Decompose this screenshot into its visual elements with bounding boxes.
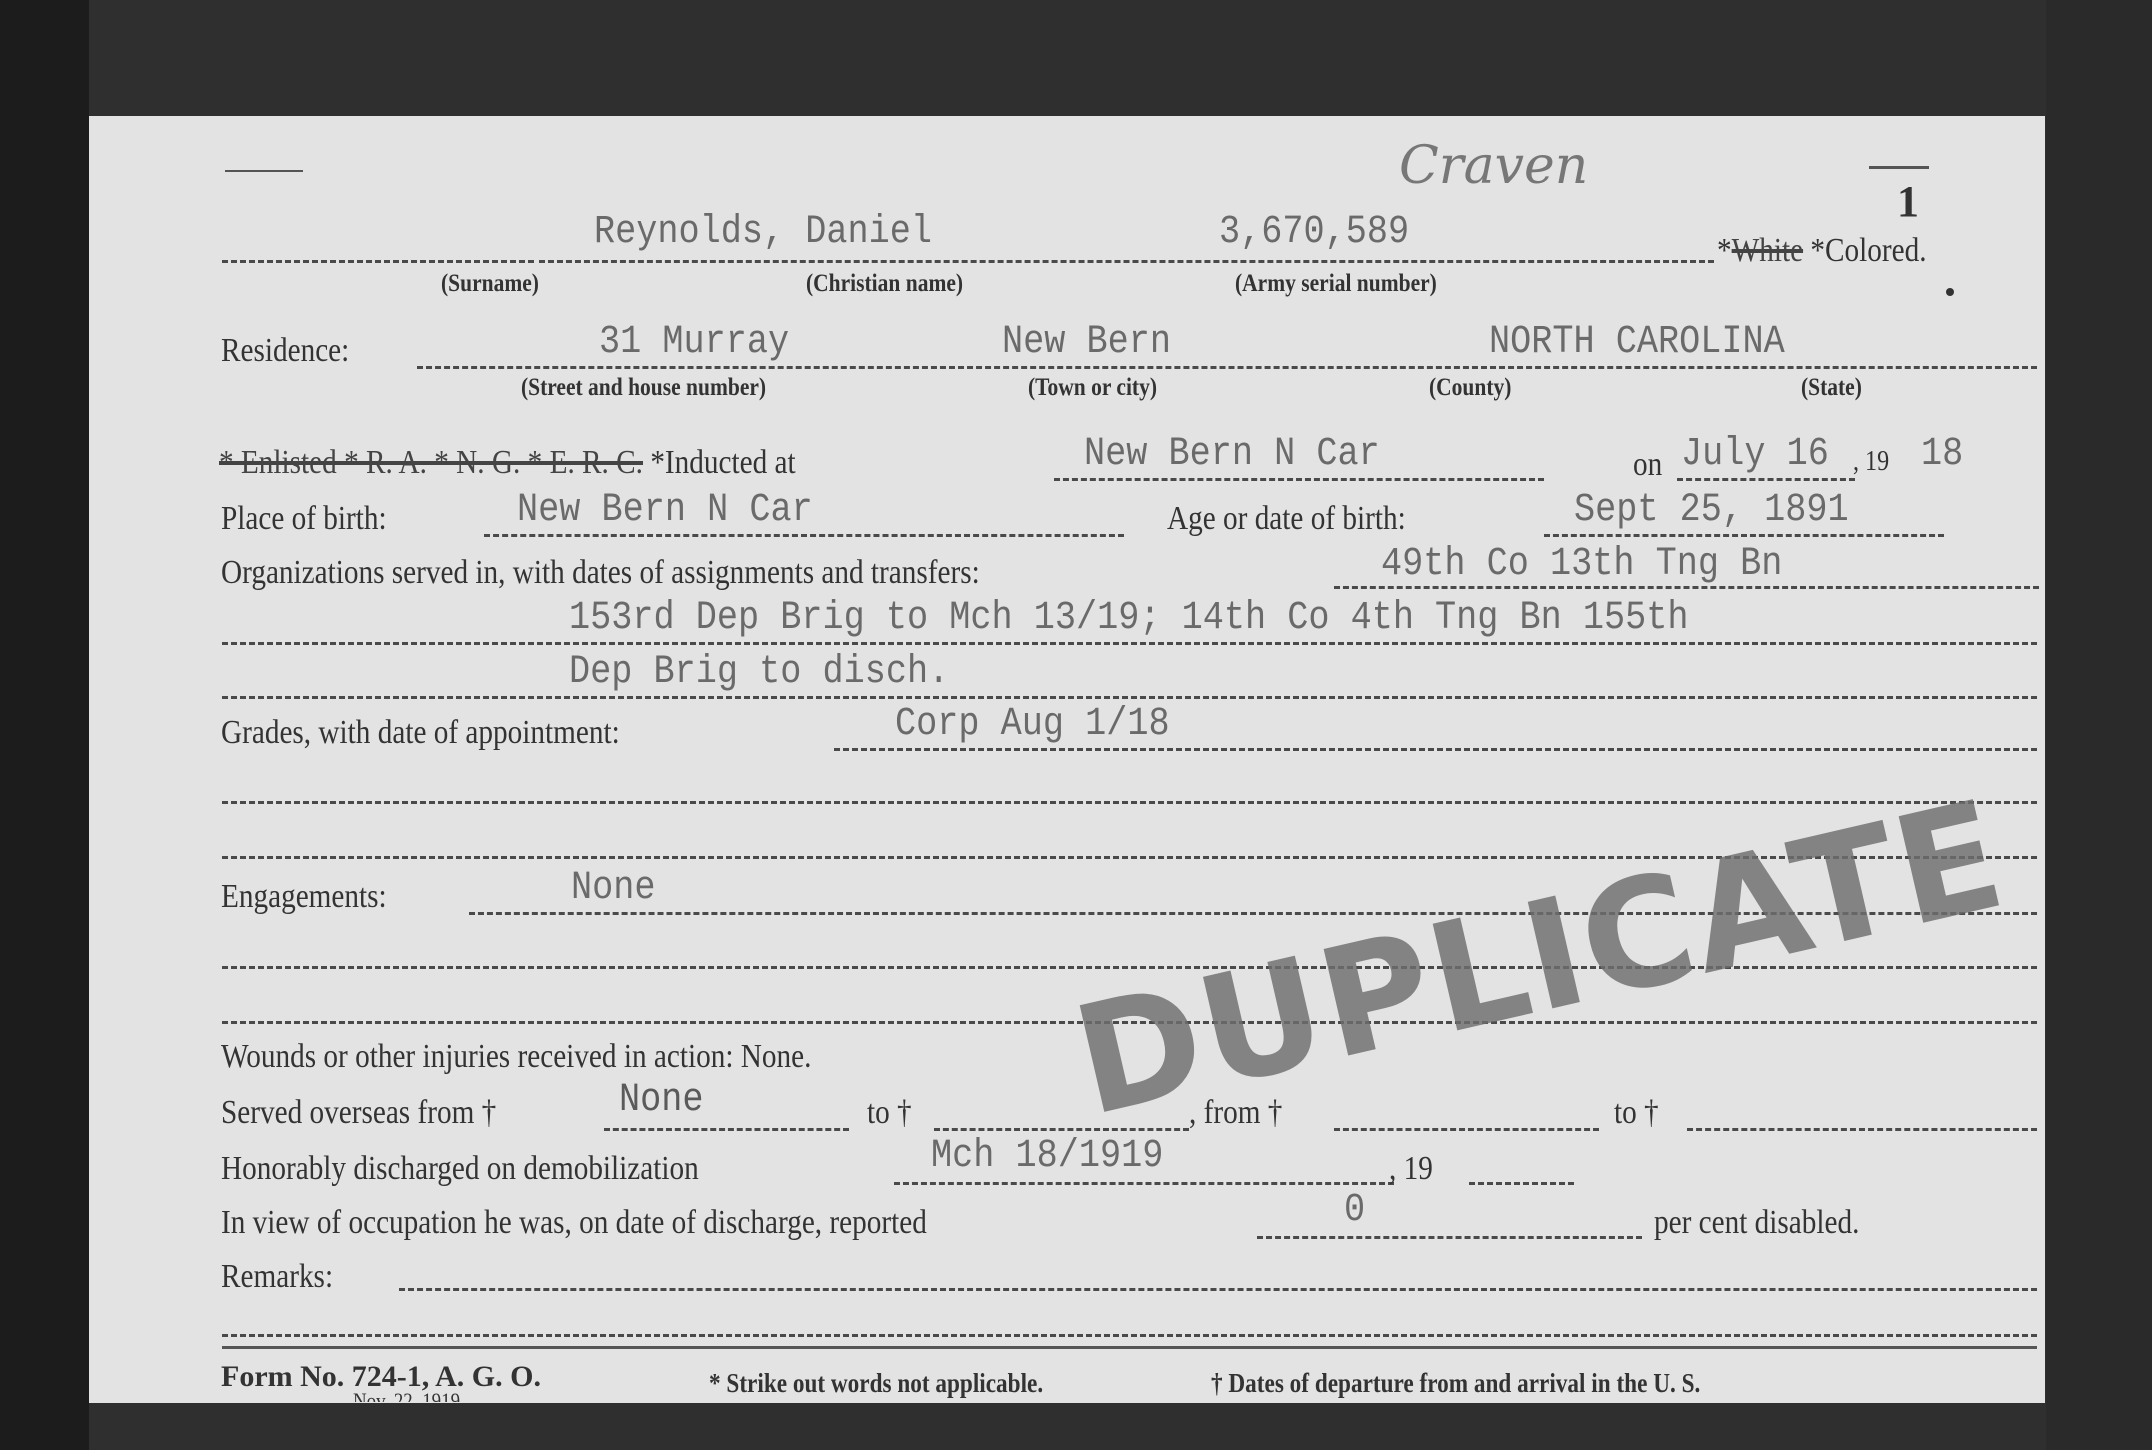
organizations-rule-1 [1334, 586, 2039, 589]
race-colored: Colored. [1825, 232, 1927, 269]
disability-label: In view of occupation he was, on date of… [221, 1204, 927, 1242]
grades-value: Corp Aug 1/18 [895, 702, 1170, 747]
inducted-label: *Inducted at [650, 444, 795, 481]
disability-suffix: per cent disabled. [1654, 1204, 1859, 1242]
residence-label: Residence: [221, 332, 349, 370]
organizations-line-3: Dep Brig to disch. [569, 650, 949, 695]
county-handwritten: Craven [1399, 136, 1588, 196]
county-sublabel: (County) [1429, 374, 1511, 402]
christian-name-sublabel: (Christian name) [806, 270, 963, 298]
top-left-rule [225, 170, 303, 172]
card-number: 1 [1897, 176, 1919, 227]
overseas-from2-rule [1334, 1128, 1599, 1131]
discharge-rule [894, 1182, 1394, 1185]
overseas-from2-label: , from † [1189, 1094, 1282, 1132]
place-of-birth-value: New Bern N Car [517, 488, 813, 533]
disability-value: 0 [1344, 1188, 1365, 1233]
organizations-line-2: 153rd Dep Brig to Mch 13/19; 14th Co 4th… [569, 596, 1689, 641]
overseas-to-rule [934, 1128, 1189, 1131]
organizations-rule-3 [222, 696, 2037, 699]
place-of-birth-line [484, 534, 1124, 537]
name-value: Reynolds, Daniel [594, 210, 932, 255]
discharge-date: Mch 18/1919 [931, 1134, 1163, 1179]
grades-label: Grades, with date of appointment: [221, 714, 620, 752]
race-star-1: * [1717, 232, 1732, 269]
overseas-to2-label: to † [1614, 1094, 1659, 1132]
race-white-struck: White [1732, 232, 1803, 269]
overseas-from-label: Served overseas from † [221, 1094, 496, 1132]
remarks-label: Remarks: [221, 1258, 333, 1296]
induction-year-prefix: , 19 [1853, 446, 1889, 478]
date-of-birth-label: Age or date of birth: [1167, 500, 1406, 538]
footer-rule [222, 1346, 2037, 1349]
grades-rule-2 [222, 801, 2037, 804]
grades-rule [834, 748, 2037, 751]
surname-line [222, 260, 534, 263]
state-sublabel: (State) [1801, 374, 1862, 402]
organizations-rule-2 [222, 642, 2037, 645]
race-options: *White *Colored. [1717, 232, 1927, 270]
residence-town: New Bern [1002, 320, 1171, 365]
induction-on-label: on [1633, 446, 1662, 484]
surname-sublabel: (Surname) [441, 270, 539, 298]
serial-number-value: 3,670,589 [1219, 210, 1409, 255]
induction-place-line [1054, 478, 1544, 481]
footnote-dates: † Dates of departure from and arrival in… [1211, 1368, 1700, 1399]
enlisted-options-struck: * Enlisted * R. A. * N. G. * E. R. C. [219, 444, 643, 481]
dot-mark [1946, 288, 1954, 296]
wounds-label: Wounds or other injuries received in act… [221, 1038, 811, 1076]
service-record-card: Craven 1 Reynolds, Daniel 3,670,589 *Whi… [89, 116, 2045, 1403]
name-serial-line [539, 260, 1714, 263]
organizations-label: Organizations served in, with dates of a… [221, 554, 980, 592]
discharge-label: Honorably discharged on demobilization [221, 1150, 699, 1188]
date-of-birth-value: Sept 25, 1891 [1574, 488, 1849, 533]
residence-state: NORTH CAROLINA [1489, 320, 1785, 365]
disability-rule [1257, 1236, 1642, 1239]
organizations-line-1: 49th Co 13th Tng Bn [1381, 542, 1782, 587]
engagements-value: None [571, 866, 655, 911]
residence-line [417, 366, 2037, 369]
residence-street: 31 Murray [599, 320, 789, 365]
duplicate-stamp: DUPLICATE [1060, 768, 2020, 1150]
top-right-rule [1869, 166, 1929, 169]
overseas-from-value: None [619, 1078, 703, 1123]
remarks-rule[interactable] [399, 1288, 2037, 1291]
form-date: Nov. 22, 1919 [353, 1388, 460, 1402]
town-sublabel: (Town or city) [1028, 374, 1157, 402]
scan-background-right [2046, 0, 2152, 1450]
remarks-rule-2 [222, 1334, 2037, 1337]
footnote-strike: * Strike out words not applicable. [709, 1368, 1043, 1399]
race-star-2: * [1810, 232, 1825, 269]
serial-sublabel: (Army serial number) [1235, 270, 1437, 298]
discharge-year-label: , 19 [1389, 1150, 1433, 1188]
overseas-from-rule [604, 1128, 849, 1131]
scan-background-left [0, 0, 89, 1450]
induction-year-suffix: 18 [1921, 432, 1963, 477]
overseas-to-label: to † [867, 1094, 912, 1132]
induction-row: * Enlisted * R. A. * N. G. * E. R. C. *I… [219, 444, 796, 482]
induction-place: New Bern N Car [1084, 432, 1380, 477]
place-of-birth-label: Place of birth: [221, 500, 387, 538]
induction-date-line [1677, 478, 1855, 481]
overseas-to2-rule [1687, 1128, 2037, 1131]
date-of-birth-line [1544, 534, 1944, 537]
induction-date: July 16 [1681, 432, 1829, 477]
street-sublabel: (Street and house number) [521, 374, 766, 402]
discharge-year-rule [1469, 1182, 1574, 1185]
engagements-label: Engagements: [221, 878, 387, 916]
